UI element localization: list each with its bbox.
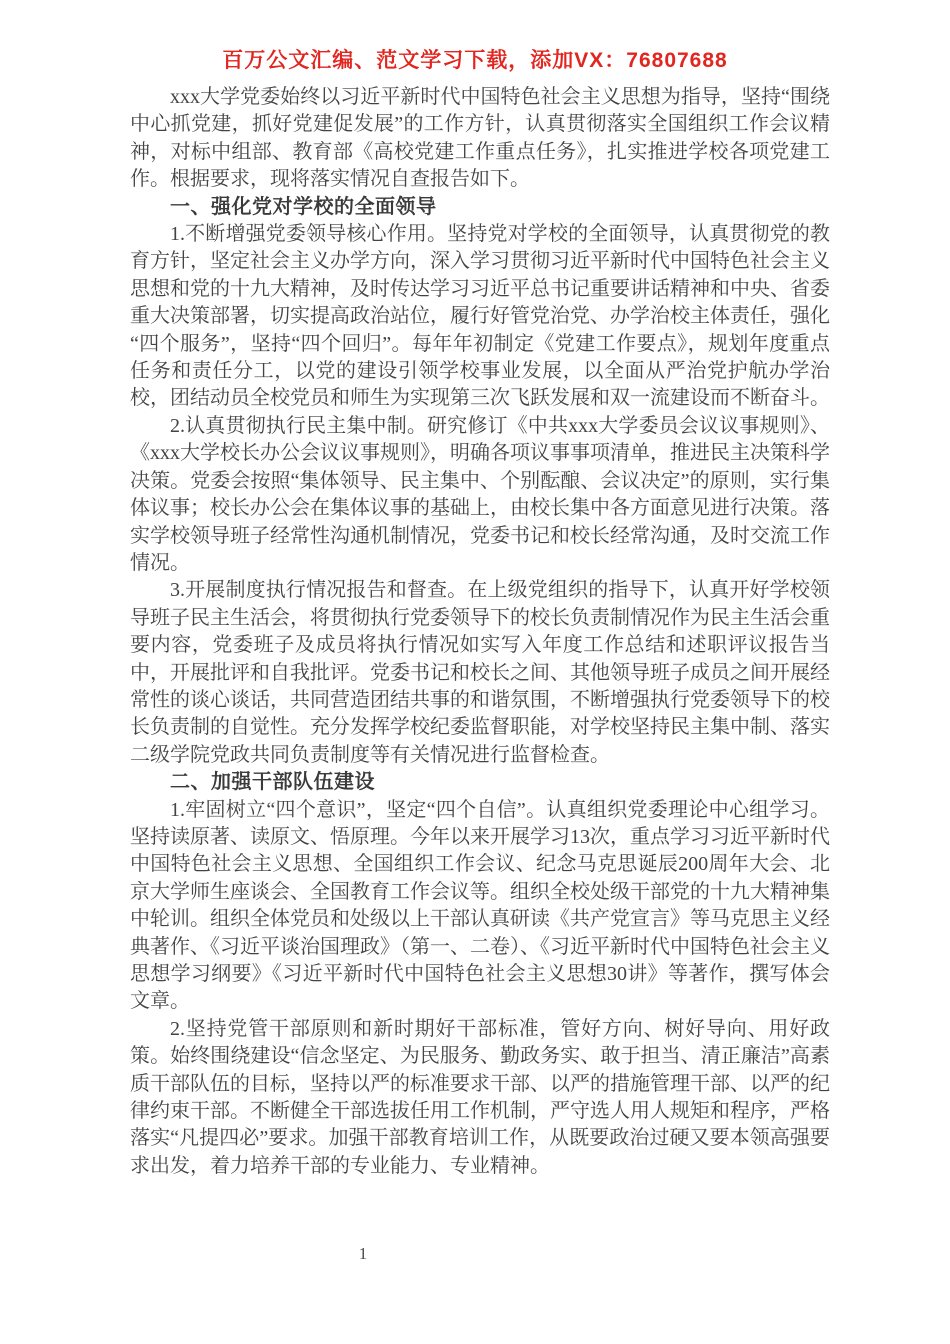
section-2-heading: 二、加强干部队伍建设 — [130, 769, 830, 796]
section-1-paragraph-2: 2.认真贯彻执行民主集中制。研究修订《中共xxx大学委员会议议事规则》、《xxx… — [130, 413, 830, 577]
document-body: xxx大学党委始终以习近平新时代中国特色社会主义思想为指导，坚持“围绕中心抓党建… — [130, 84, 830, 1180]
section-1-heading: 一、强化党对学校的全面领导 — [130, 194, 830, 221]
section-2-paragraph-1: 1.牢固树立“四个意识”，坚定“四个自信”。认真组织党委理论中心组学习。坚持读原… — [130, 797, 830, 1016]
section-1-paragraph-1: 1.不断增强党委领导核心作用。坚持党对学校的全面领导，认真贯彻党的教育方针，坚定… — [130, 221, 830, 413]
document-page: 百万公文汇编、范文学习下载，添加VX：76807688 xxx大学党委始终以习近… — [0, 0, 950, 1344]
section-2-paragraph-2: 2.坚持党管干部原则和新时期好干部标准，管好方向、树好导向、用好政策。始终围绕建… — [130, 1016, 830, 1180]
page-number: 1 — [348, 1244, 378, 1264]
intro-paragraph: xxx大学党委始终以习近平新时代中国特色社会主义思想为指导，坚持“围绕中心抓党建… — [130, 84, 830, 194]
section-1-paragraph-3: 3.开展制度执行情况报告和督查。在上级党组织的指导下，认真开好学校领导班子民主生… — [130, 577, 830, 769]
promo-banner-text: 百万公文汇编、范文学习下载，添加VX：76807688 — [0, 44, 950, 74]
